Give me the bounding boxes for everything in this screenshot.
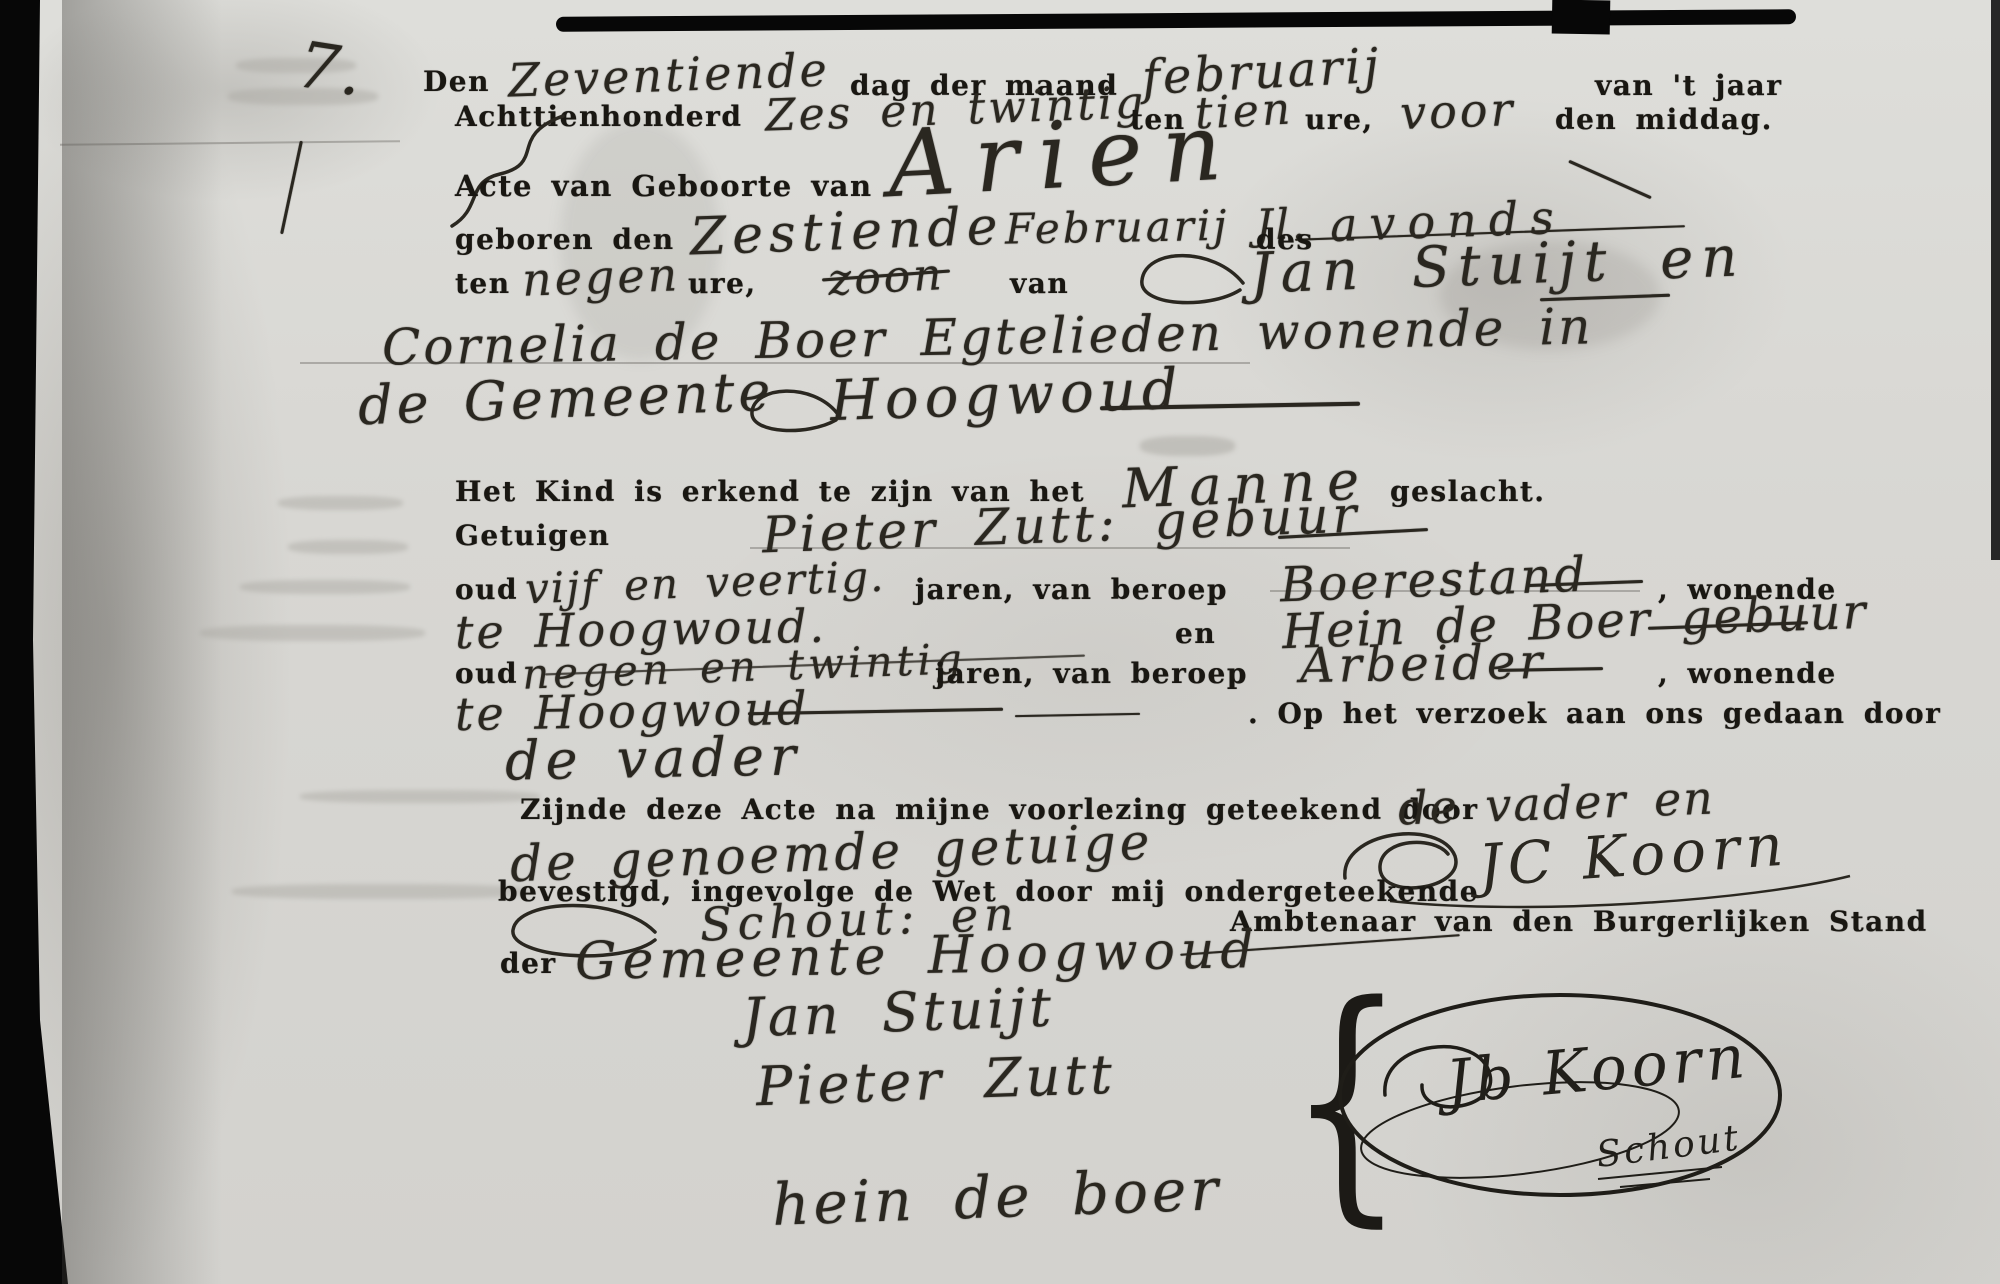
bleedthrough-smudge bbox=[300, 790, 540, 803]
bleedthrough-smudge bbox=[232, 884, 532, 899]
handwritten-requested-by: de vader bbox=[505, 729, 803, 788]
bleedthrough-smudge bbox=[288, 540, 408, 554]
printed-acte-van-geboorte: Acte van Geboorte van bbox=[455, 172, 873, 201]
printed-en: en bbox=[1175, 620, 1216, 648]
handwritten-father-name: Jan Stuijt en bbox=[1249, 229, 1746, 302]
printed-der: der bbox=[500, 950, 557, 978]
printed-op-verzoek: . Op het verzoek aan ons gedaan door bbox=[1248, 700, 1941, 728]
handwritten-child-name: Arien bbox=[886, 101, 1244, 211]
handwritten-voor: voor bbox=[1399, 86, 1516, 136]
printed-getuigen: Getuigen bbox=[455, 522, 610, 550]
printed-geslacht: geslacht. bbox=[1390, 478, 1546, 506]
official-signature-oval: Jb Koorn Schout bbox=[1330, 985, 1800, 1215]
handwritten-occupation2: Arbeider bbox=[1300, 638, 1547, 690]
pen-dash bbox=[1498, 667, 1603, 672]
pen-flourish-stroke bbox=[1568, 160, 1651, 199]
signature-father: Jan Stuijt bbox=[741, 981, 1056, 1046]
printed-oud2: oud bbox=[455, 660, 518, 688]
margin-pen-stroke bbox=[280, 141, 303, 235]
handwritten-residence-place: Hoogwoud bbox=[829, 362, 1184, 430]
printed-wonende2: , wonende bbox=[1658, 660, 1837, 688]
pen-loop bbox=[742, 378, 842, 438]
printed-den: Den bbox=[423, 68, 490, 96]
printed-van-t-jaar: van 't jaar bbox=[1595, 72, 1782, 100]
birth-record-scan: 7. Den Zeventiende dag der maand februar… bbox=[0, 0, 2000, 1284]
printed-den-middag: den middag. bbox=[1555, 106, 1773, 134]
margin-act-number: 7. bbox=[293, 33, 369, 107]
signature-witness2: hein de boer bbox=[771, 1160, 1223, 1234]
bleedthrough-smudge bbox=[240, 580, 410, 594]
printed-jaren-beroep2: jaren, van beroep bbox=[935, 660, 1248, 688]
printed-ure2: ure, bbox=[688, 270, 757, 298]
pen-loop bbox=[1128, 238, 1248, 313]
printed-ure: ure, bbox=[1305, 106, 1374, 134]
printed-van: van bbox=[1010, 270, 1069, 298]
printed-jaren-beroep1: jaren, van beroep bbox=[915, 576, 1228, 604]
signature-witness1: Pieter Zutt bbox=[755, 1048, 1117, 1115]
signature-official: Jb Koorn bbox=[1432, 1022, 1752, 1119]
page-gutter-shadow bbox=[62, 0, 222, 1284]
scan-left-edge-band bbox=[0, 0, 70, 1284]
handwritten-mother-line: Cornelia de Boer Egtelieden wonende in bbox=[382, 301, 1594, 372]
bleedthrough-smudge bbox=[200, 625, 425, 641]
scan-top-right-mark bbox=[1552, 0, 1611, 35]
official-countersignature: JC Koorn bbox=[1466, 810, 1791, 900]
handwritten-de-gemeente: de Gemeente bbox=[357, 365, 775, 433]
printed-ambtenaar: Ambtenaar van den Burgerlijken Stand bbox=[1230, 908, 1928, 936]
bleedthrough-smudge bbox=[278, 496, 403, 510]
handwritten-hour2: negen bbox=[521, 251, 681, 302]
handwritten-gemeente2: Gemeente Hoogwoud bbox=[575, 924, 1261, 988]
printed-oud1: oud bbox=[455, 576, 518, 604]
scan-right-edge-line bbox=[1991, 0, 2000, 560]
printed-ten2: ten bbox=[455, 270, 511, 298]
pen-dash-long bbox=[1015, 713, 1140, 717]
